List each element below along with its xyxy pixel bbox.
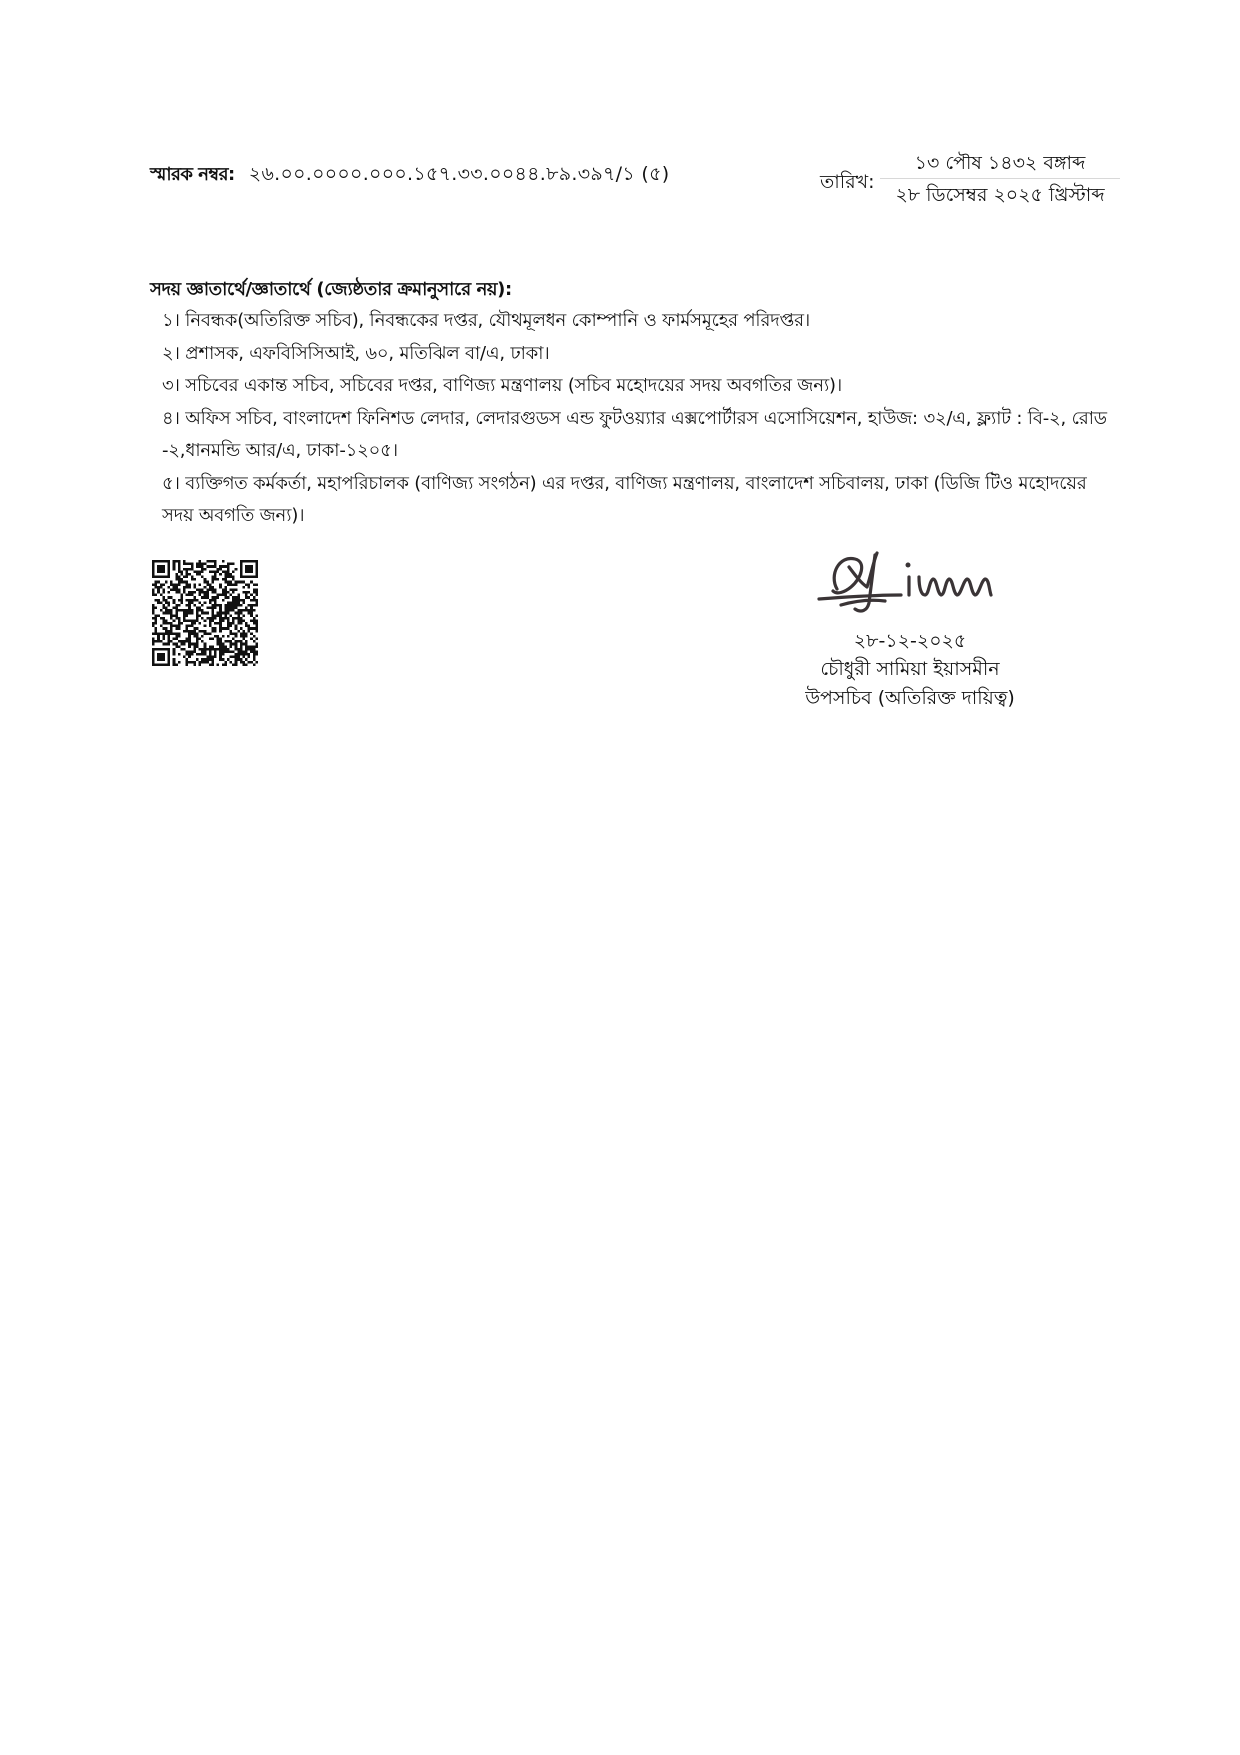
memo-number-value: ২৬.০০.০০০০.০০০.১৫৭.৩৩.০০৪৪.৮৯.৩৯৭/১ (৫)	[249, 163, 670, 185]
distribution-item: ১। নিবন্ধক(অতিরিক্ত সচিব), নিবন্ধকের দপ্…	[162, 305, 1110, 338]
signature-block: ২৮-১২-২০২৫ চৌধুরী সামিয়া ইয়াসমীন উপসচি…	[760, 545, 1060, 713]
signature-date: ২৮-১২-২০২৫	[760, 627, 1060, 655]
handwritten-signature-icon	[815, 545, 1005, 625]
distribution-item: ৫। ব্যক্তিগত কর্মকর্তা, মহাপরিচালক (বাণি…	[162, 468, 1110, 533]
signatory-designation: উপসচিব (অতিরিক্ত দায়িত্ব)	[760, 684, 1060, 713]
memo-number-label: স্মারক নম্বর:	[150, 164, 235, 185]
distribution-heading: সদয় জ্ঞাতার্থে/জ্ঞাতার্থে (জ্যেষ্ঠতার ক…	[150, 275, 1110, 305]
date-block: তারিখ: ১৩ পৌষ ১৪৩২ বঙ্গাব্দ ২৮ ডিসেম্বর …	[820, 148, 1110, 218]
distribution-section: সদয় জ্ঞাতার্থে/জ্ঞাতার্থে (জ্যেষ্ঠতার ক…	[150, 275, 1110, 533]
date-bangla: ১৩ পৌষ ১৪৩২ বঙ্গাব্দ	[880, 148, 1120, 179]
distribution-item: ৩। সচিবের একান্ত সচিব, সচিবের দপ্তর, বাণ…	[162, 370, 1110, 403]
distribution-item: ২। প্রশাসক, এফবিসিসিআই, ৬০, মতিঝিল বা/এ,…	[162, 338, 1110, 371]
distribution-item: ৪। অফিস সচিব, বাংলাদেশ ফিনিশড লেদার, লেদ…	[162, 403, 1110, 468]
signatory-name: চৌধুরী সামিয়া ইয়াসমীন	[760, 655, 1060, 684]
distribution-list: ১। নিবন্ধক(অতিরিক্ত সচিব), নিবন্ধকের দপ্…	[150, 305, 1110, 533]
date-gregorian: ২৮ ডিসেম্বর ২০২৫ খ্রিস্টাব্দ	[880, 179, 1120, 211]
document-page: স্মারক নম্বর: ২৬.০০.০০০০.০০০.১৫৭.৩৩.০০৪৪…	[0, 0, 1240, 1755]
date-stack: ১৩ পৌষ ১৪৩২ বঙ্গাব্দ ২৮ ডিসেম্বর ২০২৫ খ্…	[880, 148, 1120, 211]
date-label: তারিখ:	[820, 168, 875, 200]
qr-code-icon	[152, 560, 258, 666]
memo-number-line: স্মারক নম্বর: ২৬.০০.০০০০.০০০.১৫৭.৩৩.০০৪৪…	[150, 160, 669, 192]
